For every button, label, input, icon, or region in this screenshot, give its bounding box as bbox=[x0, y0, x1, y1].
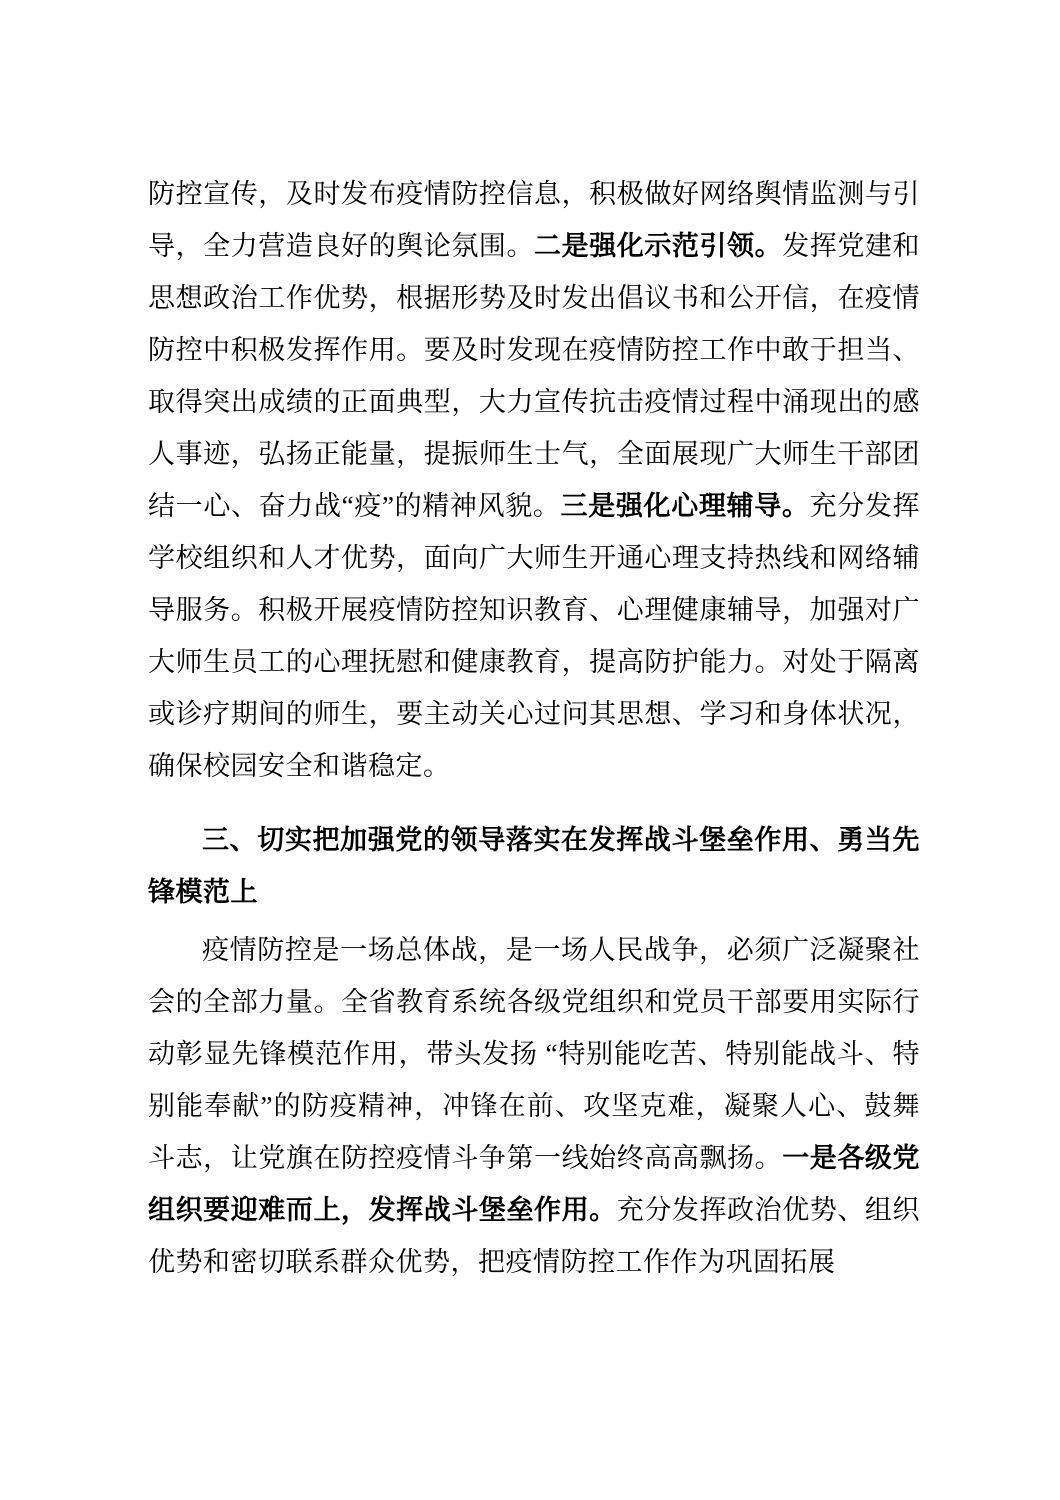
paragraph-continuation: 防控宣传，及时发布疫情防控信息，积极做好网络舆情监测与引导，全力营造良好的舆论氛… bbox=[148, 168, 920, 792]
section-heading-three-segment-0: 三、切实把加强党的领导落实在发挥战斗堡垒作用、勇当先锋模范上 bbox=[148, 825, 920, 907]
paragraph-continuation-segment-4: 充分发挥学校组织和人才优势，面向广大师生开通心理支持热线和网络辅导服务。积极开展… bbox=[148, 491, 920, 781]
paragraph-continuation-segment-1: 二是强化示范引领。 bbox=[534, 231, 782, 261]
paragraph-continuation-segment-3: 三是强化心理辅导。 bbox=[561, 491, 810, 521]
section-heading-three: 三、切实把加强党的领导落实在发挥战斗堡垒作用、勇当先锋模范上 bbox=[148, 814, 920, 918]
document-page: 防控宣传，及时发布疫情防控信息，积极做好网络舆情监测与引导，全力营造良好的舆论氛… bbox=[0, 0, 1060, 1500]
paragraph-section-three: 疫情防控是一场总体战，是一场人民战争，必须广泛凝聚社会的全部力量。全省教育系统各… bbox=[148, 924, 920, 1288]
document-content: 防控宣传，及时发布疫情防控信息，积极做好网络舆情监测与引导，全力营造良好的舆论氛… bbox=[148, 168, 920, 1288]
paragraph-continuation-segment-2: 发挥党建和思想政治工作优势，根据形势及时发出倡议书和公开信，在疫情防控中积极发挥… bbox=[148, 231, 920, 521]
paragraph-section-three-segment-0: 疫情防控是一场总体战，是一场人民战争，必须广泛凝聚社会的全部力量。全省教育系统各… bbox=[148, 935, 920, 1173]
